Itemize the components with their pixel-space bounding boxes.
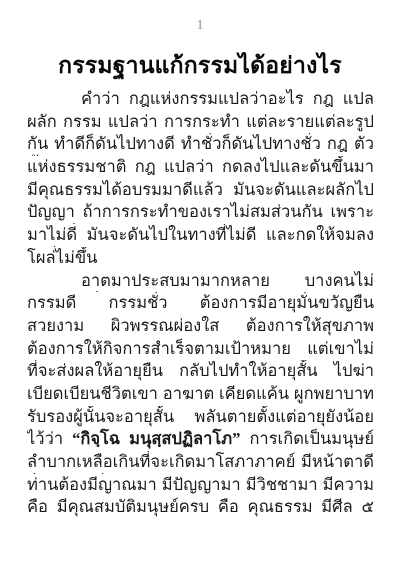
text-segment: โผล่ไม่ขึ้น (27, 248, 97, 267)
text-line: ไว้ว่า “กิจฺโฉ มนุสฺสปฏิลาโภ” การเกิดเป็… (27, 428, 374, 451)
text-line: แห่งธรรมชาติ กฎ แปลว่า กดลงไปและดันขึ้นม… (27, 156, 374, 179)
text-line: อาตมาประสบมามากหลาย บางคนไม่สนใจในเรื่อง (27, 270, 374, 293)
text-segment: คำว่า กฎแห่งกรรมแปลว่าอะไร กฎ แปลว่า ดัน… (27, 89, 374, 111)
text-line: คำว่า กฎแห่งกรรมแปลว่าอะไร กฎ แปลว่า ดัน… (27, 88, 374, 111)
text-line: กรรมดี กรรมชั่ว ต้องการมีอายุมั่นขวัญยืน… (27, 292, 374, 315)
text-segment: มีคุณธรรมได้อบรมมาดีแล้ว มันจะดันและผลัก… (27, 180, 374, 202)
text-line: ลำบากเหลือเกินที่จะเกิดมาโสภาภาคย์ มีหน้… (27, 451, 374, 474)
text-line: กัน ทำดีก็ดันไปทางดี ทำชั่วก็ดันไปทางชั่… (27, 133, 374, 156)
text-segment: อาตมาประสบมามากหลาย บางคนไม่สนใจในเรื่อง (27, 271, 374, 293)
text-line: ต้องการให้กิจการสำเร็จตามเป้าหมาย แต่เขา… (27, 338, 374, 361)
text-line: ที่จะส่งผลให้อายุยืน กลับไปทำให้อายุสั้น… (27, 360, 374, 383)
text-segment: ที่จะส่งผลให้อายุยืน กลับไปทำให้อายุสั้น… (27, 361, 374, 383)
paragraph: อาตมาประสบมามากหลาย บางคนไม่สนใจในเรื่อง… (27, 270, 374, 520)
pali-phrase-bold: “กิจฺโฉ มนุสฺสปฏิลาโภ” (72, 429, 240, 448)
text-segment: ท่านต้องมีญาณมา มีปัญญามา มีวิชชามา มีคว… (27, 475, 374, 497)
text-line: โผล่ไม่ขึ้น (27, 247, 374, 270)
text-segment: สวยงาม ผิวพรรณผ่องใส ต้องการให้สุขภาพอนา… (27, 316, 374, 338)
text-line: ท่านต้องมีญาณมา มีปัญญามา มีวิชชามา มีคว… (27, 474, 374, 497)
text-line: ผลัก กรรม แปลว่า การกระทำ แต่ละรายแต่ละร… (27, 111, 374, 134)
text-segment: ต้องการให้กิจการสำเร็จตามเป้าหมาย แต่เขา… (27, 339, 374, 361)
text-segment: มาไม่ดี มันจะดันไปในทางที่ไม่ดี และกดให้… (27, 225, 374, 247)
text-segment: กรรมดี กรรมชั่ว ต้องการมีอายุมั่นขวัญยืน… (27, 293, 374, 315)
text-segment: เบียดเบียนชีวิตเขา อาฆาต เคียดแค้น ผูกพย… (27, 384, 374, 406)
text-line: เบียดเบียนชีวิตเขา อาฆาต เคียดแค้น ผูกพย… (27, 383, 374, 406)
text-line: คือ มีคุณสมบัติมนุษย์ครบ คือ คุณธรรม มีศ… (27, 496, 374, 519)
text-segment: คือ มีคุณสมบัติมนุษย์ครบ คือ คุณธรรม มีศ… (27, 497, 374, 519)
text-line: สวยงาม ผิวพรรณผ่องใส ต้องการให้สุขภาพอนา… (27, 315, 374, 338)
scanned-book-page: 1 กรรมฐานแก้กรรมได้อย่างไร คำว่า กฎแห่งก… (0, 0, 400, 569)
text-segment: แห่งธรรมชาติ กฎ แปลว่า กดลงไปและดันขึ้นม… (27, 157, 374, 179)
text-segment: ผลัก กรรม แปลว่า การกระทำ แต่ละรายแต่ละร… (27, 112, 374, 134)
text-segment: ไว้ว่า (27, 429, 72, 448)
text-line: รับรองผู้นั้นจะอายุสั้น พลันตายตั้งแต่อา… (27, 406, 374, 429)
text-segment: ปัญญา ถ้าการกระทำของเราไม่สมส่วนกัน เพรา… (27, 202, 374, 224)
page-title: กรรมฐานแก้กรรมได้อย่างไร (0, 49, 400, 83)
text-line: มีคุณธรรมได้อบรมมาดีแล้ว มันจะดันและผลัก… (27, 179, 374, 202)
text-line: ปัญญา ถ้าการกระทำของเราไม่สมส่วนกัน เพรา… (27, 201, 374, 224)
body-text: คำว่า กฎแห่งกรรมแปลว่าอะไร กฎ แปลว่า ดัน… (27, 88, 374, 519)
paragraph: คำว่า กฎแห่งกรรมแปลว่าอะไร กฎ แปลว่า ดัน… (27, 88, 374, 270)
page-number: 1 (0, 17, 400, 35)
text-segment: กัน ทำดีก็ดันไปทางดี ทำชั่วก็ดันไปทางชั่… (27, 134, 374, 156)
text-segment: ลำบากเหลือเกินที่จะเกิดมาโสภาภาคย์ มีหน้… (27, 452, 374, 474)
text-segment: รับรองผู้นั้นจะอายุสั้น พลันตายตั้งแต่อา… (27, 407, 374, 429)
text-line: มาไม่ดี มันจะดันไปในทางที่ไม่ดี และกดให้… (27, 224, 374, 247)
